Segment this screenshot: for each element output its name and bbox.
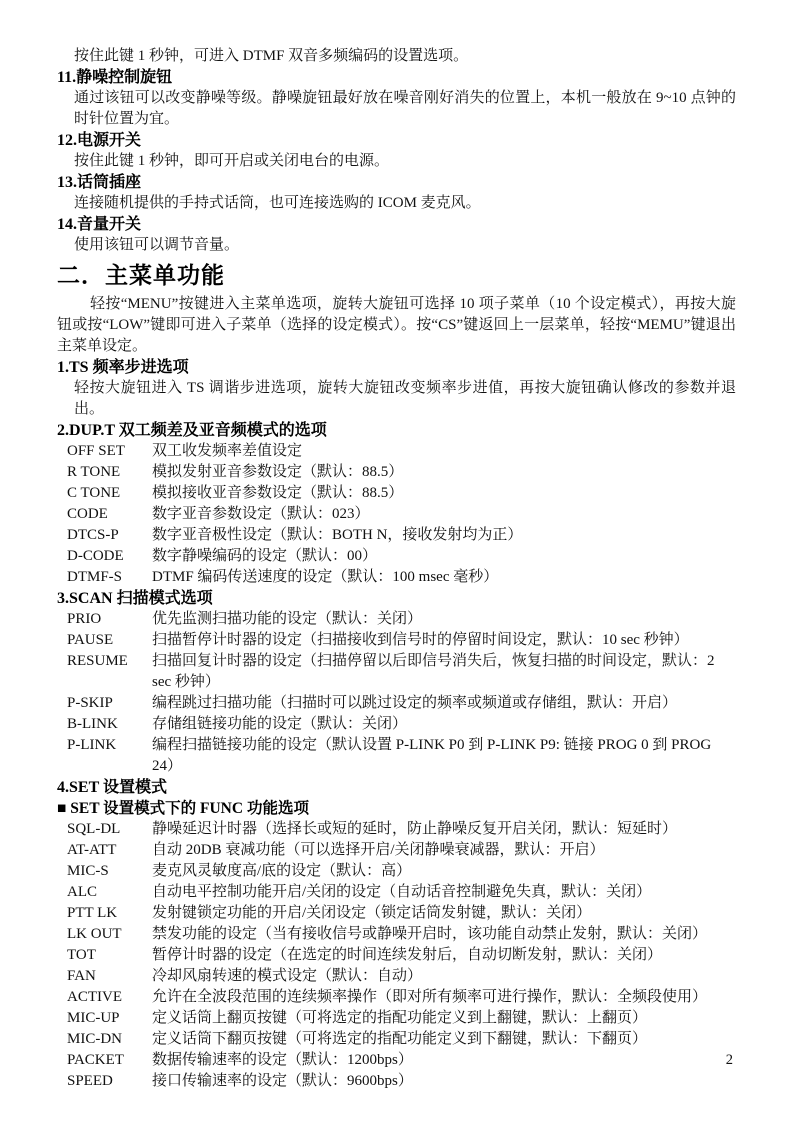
option-desc: 自动 20DB 衰减功能（可以选择开启/关闭静噪衰减器，默认：开启） xyxy=(152,840,736,861)
option-desc: 优先监测扫描功能的设定（默认：关闭） xyxy=(152,609,736,630)
option-desc: 模拟发射亚音参数设定（默认：88.5） xyxy=(152,462,736,483)
heading-4-set: 4.SET 设置模式 xyxy=(57,777,736,798)
menu-option-row: PACKET 数据传输速率的设定（默认：1200bps） xyxy=(57,1050,736,1071)
option-term: AT-ATT xyxy=(67,840,152,861)
option-desc: 存储组链接功能的设定（默认：关闭） xyxy=(152,714,736,735)
menu-option-row: LK OUT 禁发功能的设定（当有接收信号或静噪开启时，该功能自动禁止发射，默认… xyxy=(57,924,736,945)
menu-option-row: CODE 数字亚音参数设定（默认：023） xyxy=(57,504,736,525)
menu-option-row: DTCS-P 数字亚音极性设定（默认：BOTH N，接收发射均为正） xyxy=(57,525,736,546)
menu-option-row: R TONE 模拟发射亚音参数设定（默认：88.5） xyxy=(57,462,736,483)
option-desc: 静噪延迟计时器（选择长或短的延时，防止静噪反复开启关闭，默认：短延时） xyxy=(152,819,736,840)
heading-14-volume: 14.音量开关 xyxy=(57,214,736,235)
option-term: DTCS-P xyxy=(67,525,152,546)
heading-13-mic-jack: 13.话筒插座 xyxy=(57,172,736,193)
option-desc: 定义话筒上翻页按键（可将选定的指配功能定义到上翻键，默认：上翻页） xyxy=(152,1008,736,1029)
option-term: MIC-DN xyxy=(67,1029,152,1050)
option-term: C TONE xyxy=(67,483,152,504)
option-term: ACTIVE xyxy=(67,987,152,1008)
option-desc: 模拟接收亚音参数设定（默认：88.5） xyxy=(152,483,736,504)
para-13-mic-jack: 连接随机提供的手持式话筒，也可连接选购的 ICOM 麦克风。 xyxy=(57,193,736,214)
option-term: PTT LK xyxy=(67,903,152,924)
option-term: MIC-S xyxy=(67,861,152,882)
option-desc: 双工收发频率差值设定 xyxy=(152,441,736,462)
option-term: B-LINK xyxy=(67,714,152,735)
option-term: OFF SET xyxy=(67,441,152,462)
option-term: SPEED xyxy=(67,1071,152,1092)
option-desc: 定义话筒下翻页按键（可将选定的指配功能定义到下翻键，默认：下翻页） xyxy=(152,1029,736,1050)
para-14-volume: 使用该钮可以调节音量。 xyxy=(57,235,736,256)
heading-1-ts: 1.TS 频率步进选项 xyxy=(57,357,736,378)
option-term: DTMF-S xyxy=(67,567,152,588)
option-desc: 自动电平控制功能开启/关闭的设定（自动话音控制避免失真，默认：关闭） xyxy=(152,882,736,903)
option-term: P-SKIP xyxy=(67,693,152,714)
option-desc: DTMF 编码传送速度的设定（默认：100 msec 毫秒） xyxy=(152,567,736,588)
option-term: RESUME xyxy=(67,651,152,693)
heading-11-squelch-knob: 11.静噪控制旋钮 xyxy=(57,67,736,88)
option-term: ALC xyxy=(67,882,152,903)
option-desc: 暂停计时器的设定（在选定的时间连续发射后，自动切断发射，默认：关闭） xyxy=(152,945,736,966)
set-option-list: SQL-DL 静噪延迟计时器（选择长或短的延时，防止静噪反复开启关闭，默认：短延… xyxy=(57,819,736,1092)
menu-option-row: OFF SET 双工收发频率差值设定 xyxy=(57,441,736,462)
menu-option-row: RESUME 扫描回复计时器的设定（扫描停留以后即信号消失后，恢复扫描的时间设定… xyxy=(57,651,736,693)
menu-option-row: MIC-DN 定义话筒下翻页按键（可将选定的指配功能定义到下翻键，默认：下翻页） xyxy=(57,1029,736,1050)
menu-option-row: B-LINK 存储组链接功能的设定（默认：关闭） xyxy=(57,714,736,735)
option-desc: 禁发功能的设定（当有接收信号或静噪开启时，该功能自动禁止发射，默认：关闭） xyxy=(152,924,736,945)
heading-3-scan: 3.SCAN 扫描模式选项 xyxy=(57,588,736,609)
option-desc: 编程扫描链接功能的设定（默认设置 P-LINK P0 到 P-LINK P9: … xyxy=(152,735,736,777)
subheading-set-func: ■ SET 设置模式下的 FUNC 功能选项 xyxy=(57,798,736,819)
menu-option-row: ACTIVE 允许在全波段范围的连续频率操作（即对所有频率可进行操作，默认：全频… xyxy=(57,987,736,1008)
option-desc: 扫描暂停计时器的设定（扫描接收到信号时的停留时间设定，默认：10 sec 秒钟） xyxy=(152,630,736,651)
section-title-main-menu: 二．主菜单功能 xyxy=(57,262,736,290)
option-term: P-LINK xyxy=(67,735,152,777)
para-11-squelch-knob: 通过该钮可以改变静噪等级。静噪旋钮最好放在噪音刚好消失的位置上，本机一般放在 9… xyxy=(57,88,736,130)
option-desc: 发射键锁定功能的开启/关闭设定（锁定话筒发射键，默认：关闭） xyxy=(152,903,736,924)
menu-option-row: SQL-DL 静噪延迟计时器（选择长或短的延时，防止静噪反复开启关闭，默认：短延… xyxy=(57,819,736,840)
option-desc: 扫描回复计时器的设定（扫描停留以后即信号消失后，恢复扫描的时间设定，默认：2 s… xyxy=(152,651,736,693)
menu-option-row: P-LINK 编程扫描链接功能的设定（默认设置 P-LINK P0 到 P-LI… xyxy=(57,735,736,777)
menu-option-row: FAN 冷却风扇转速的模式设定（默认：自动） xyxy=(57,966,736,987)
page-body: 按住此键 1 秒钟，可进入 DTMF 双音多频编码的设置选项。 11.静噪控制旋… xyxy=(57,46,736,1092)
option-desc: 编程跳过扫描功能（扫描时可以跳过设定的频率或频道或存储组，默认：开启） xyxy=(152,693,736,714)
option-term: CODE xyxy=(67,504,152,525)
option-desc: 冷却风扇转速的模式设定（默认：自动） xyxy=(152,966,736,987)
option-term: PRIO xyxy=(67,609,152,630)
menu-option-row: P-SKIP 编程跳过扫描功能（扫描时可以跳过设定的频率或频道或存储组，默认：开… xyxy=(57,693,736,714)
manual-page: 按住此键 1 秒钟，可进入 DTMF 双音多频编码的设置选项。 11.静噪控制旋… xyxy=(0,0,793,1122)
para-12-power-switch: 按住此键 1 秒钟，即可开启或关闭电台的电源。 xyxy=(57,151,736,172)
menu-option-row: C TONE 模拟接收亚音参数设定（默认：88.5） xyxy=(57,483,736,504)
option-desc: 允许在全波段范围的连续频率操作（即对所有频率可进行操作，默认：全频段使用） xyxy=(152,987,736,1008)
para-1-ts: 轻按大旋钮进入 TS 调谐步进选项，旋转大旋钮改变频率步进值，再按大旋钮确认修改… xyxy=(57,378,736,420)
menu-option-row: PAUSE 扫描暂停计时器的设定（扫描接收到信号时的停留时间设定，默认：10 s… xyxy=(57,630,736,651)
menu-option-row: DTMF-S DTMF 编码传送速度的设定（默认：100 msec 毫秒） xyxy=(57,567,736,588)
option-desc: 数据传输速率的设定（默认：1200bps） xyxy=(152,1050,736,1071)
page-number: 2 xyxy=(726,1050,733,1071)
menu-option-row: SPEED 接口传输速率的设定（默认：9600bps） xyxy=(57,1071,736,1092)
option-desc: 接口传输速率的设定（默认：9600bps） xyxy=(152,1071,736,1092)
option-term: PACKET xyxy=(67,1050,152,1071)
option-term: SQL-DL xyxy=(67,819,152,840)
para-dtmf-note: 按住此键 1 秒钟，可进入 DTMF 双音多频编码的设置选项。 xyxy=(57,46,736,67)
menu-option-row: MIC-UP 定义话筒上翻页按键（可将选定的指配功能定义到上翻键，默认：上翻页） xyxy=(57,1008,736,1029)
subheading-set-func-label: SET 设置模式下的 FUNC 功能选项 xyxy=(66,800,309,817)
menu-option-row: AT-ATT 自动 20DB 衰减功能（可以选择开启/关闭静噪衰减器，默认：开启… xyxy=(57,840,736,861)
option-desc: 麦克风灵敏度高/底的设定（默认：高） xyxy=(152,861,736,882)
square-bullet-icon: ■ xyxy=(57,800,66,817)
menu-option-row: TOT 暂停计时器的设定（在选定的时间连续发射后，自动切断发射，默认：关闭） xyxy=(57,945,736,966)
option-desc: 数字亚音参数设定（默认：023） xyxy=(152,504,736,525)
option-desc: 数字静噪编码的设定（默认：00） xyxy=(152,546,736,567)
option-desc: 数字亚音极性设定（默认：BOTH N，接收发射均为正） xyxy=(152,525,736,546)
option-term: D-CODE xyxy=(67,546,152,567)
para-main-menu-intro: 轻按“MENU”按键进入主菜单选项，旋转大旋钮可选择 10 项子菜单（10 个设… xyxy=(57,294,736,357)
menu-option-row: MIC-S 麦克风灵敏度高/底的设定（默认：高） xyxy=(57,861,736,882)
option-term: R TONE xyxy=(67,462,152,483)
option-term: LK OUT xyxy=(67,924,152,945)
menu-option-row: PTT LK 发射键锁定功能的开启/关闭设定（锁定话筒发射键，默认：关闭） xyxy=(57,903,736,924)
option-term: PAUSE xyxy=(67,630,152,651)
menu-option-row: D-CODE 数字静噪编码的设定（默认：00） xyxy=(57,546,736,567)
menu-option-row: PRIO 优先监测扫描功能的设定（默认：关闭） xyxy=(57,609,736,630)
option-term: MIC-UP xyxy=(67,1008,152,1029)
dup-option-list: OFF SET 双工收发频率差值设定 R TONE 模拟发射亚音参数设定（默认：… xyxy=(57,441,736,588)
option-term: FAN xyxy=(67,966,152,987)
scan-option-list: PRIO 优先监测扫描功能的设定（默认：关闭） PAUSE 扫描暂停计时器的设定… xyxy=(57,609,736,777)
heading-12-power-switch: 12.电源开关 xyxy=(57,130,736,151)
menu-option-row: ALC 自动电平控制功能开启/关闭的设定（自动话音控制避免失真，默认：关闭） xyxy=(57,882,736,903)
heading-2-dup-t: 2.DUP.T 双工频差及亚音频模式的选项 xyxy=(57,420,736,441)
option-term: TOT xyxy=(67,945,152,966)
